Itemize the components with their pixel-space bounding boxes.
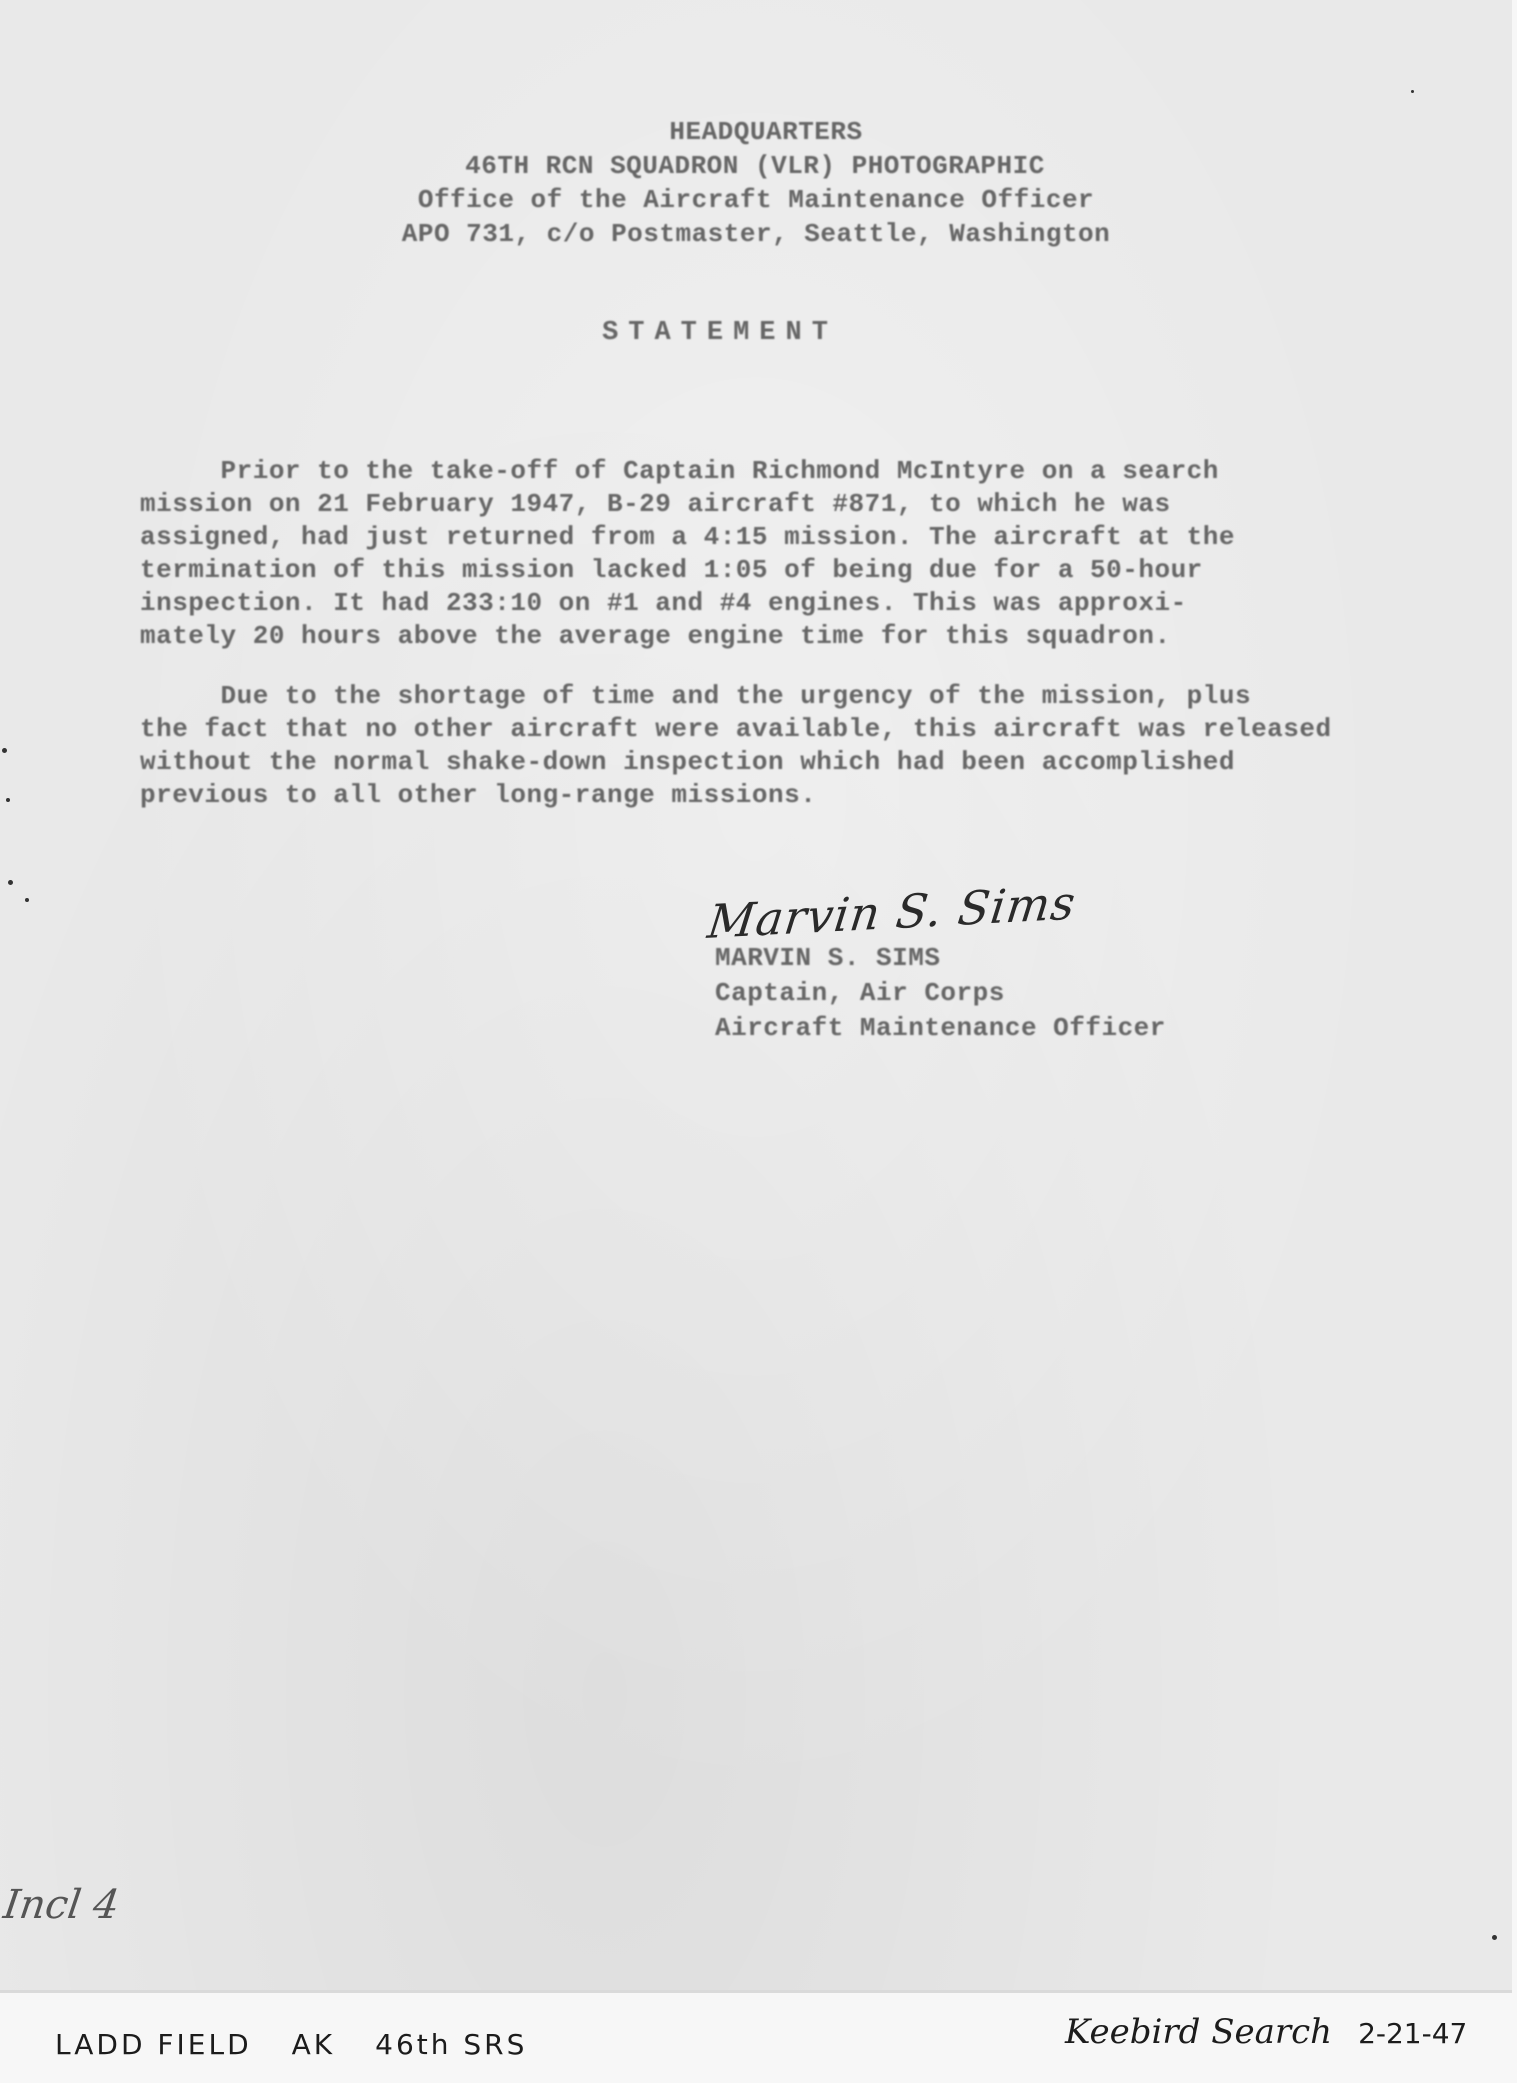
enclosure-annotation: Incl 4 xyxy=(1,1882,122,1928)
paragraph-line: Due to the shortage of time and the urge… xyxy=(140,680,1380,713)
location-field: LADD FIELD xyxy=(55,2028,252,2061)
letterhead: HEADQUARTERS 46TH RCN SQUADRON (VLR) PHO… xyxy=(0,115,1512,251)
signatory-rank: Captain, Air Corps xyxy=(715,976,1315,1011)
paragraph-line: inspection. It had 233:10 on #1 and #4 e… xyxy=(140,587,1380,620)
paragraph-line: mately 20 hours above the average engine… xyxy=(140,620,1380,653)
statement-title-container: STATEMENT xyxy=(0,318,1050,348)
paragraph-line: Prior to the take-off of Captain Richmon… xyxy=(140,455,1380,488)
search-date: 2-21-47 xyxy=(1358,2017,1467,2050)
paragraph-2: Due to the shortage of time and the urge… xyxy=(140,680,1380,812)
scan-speck xyxy=(2,748,7,753)
statement-title: STATEMENT xyxy=(602,318,838,348)
letterhead-headquarters: HEADQUARTERS xyxy=(20,115,1512,149)
handwritten-signature: Marvin S. Sims xyxy=(705,863,1321,947)
unit-annotation: 46th SRS xyxy=(375,2028,527,2061)
letterhead-address: APO 731, c/o Postmaster, Seattle, Washin… xyxy=(0,217,1512,251)
document-page: HEADQUARTERS 46TH RCN SQUADRON (VLR) PHO… xyxy=(0,0,1512,1993)
paragraph-line: assigned, had just returned from a 4:15 … xyxy=(140,521,1380,554)
search-annotation: Keebird Search2-21-47 xyxy=(1065,2012,1467,2052)
location-state: AK xyxy=(292,2028,336,2061)
paragraph-line: previous to all other long-range mission… xyxy=(140,779,1380,812)
page-edge xyxy=(0,1990,1512,1993)
letterhead-office: Office of the Aircraft Maintenance Offic… xyxy=(0,183,1512,217)
scan-speck xyxy=(6,798,10,802)
location-annotation: LADD FIELDAK46th SRS xyxy=(55,2028,527,2061)
scan-speck xyxy=(8,880,13,885)
paragraph-line: mission on 21 February 1947, B-29 aircra… xyxy=(140,488,1380,521)
signatory-name: MARVIN S. SIMS xyxy=(715,941,1315,976)
paragraph-1: Prior to the take-off of Captain Richmon… xyxy=(140,455,1380,653)
scan-speck xyxy=(1411,90,1414,93)
search-name: Keebird Search xyxy=(1065,2012,1332,2052)
paragraph-line: termination of this mission lacked 1:05 … xyxy=(140,554,1380,587)
letterhead-squadron: 46TH RCN SQUADRON (VLR) PHOTOGRAPHIC xyxy=(0,149,1512,183)
signature-block: Marvin S. Sims MARVIN S. SIMS Captain, A… xyxy=(715,895,1315,1046)
paragraph-line: without the normal shake-down inspection… xyxy=(140,746,1380,779)
paragraph-line: the fact that no other aircraft were ava… xyxy=(140,713,1380,746)
scan-speck xyxy=(25,898,29,902)
scan-speck xyxy=(1492,1935,1497,1940)
signatory-title: Aircraft Maintenance Officer xyxy=(715,1011,1315,1046)
